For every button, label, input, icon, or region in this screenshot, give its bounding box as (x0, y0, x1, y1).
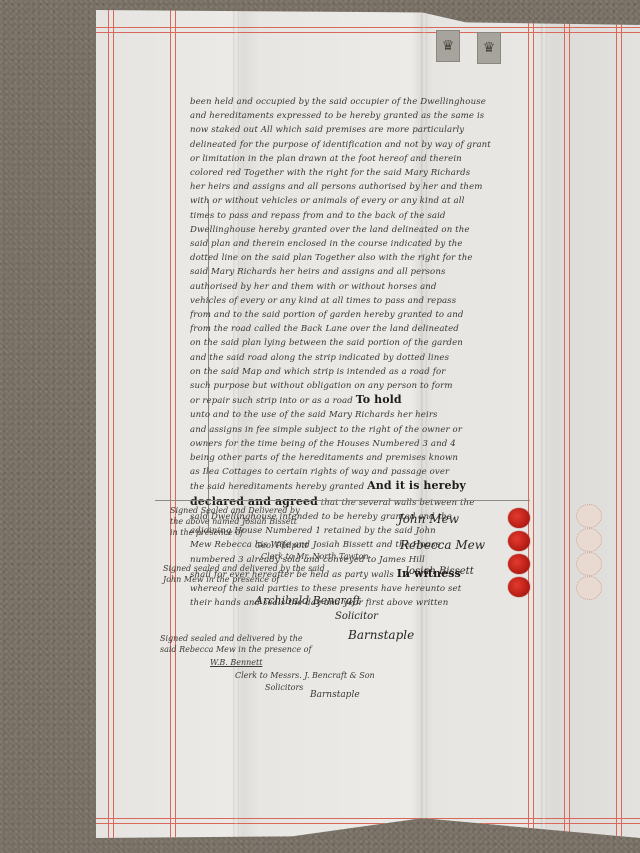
witness-philpott: Geo. Philpott Clerk to Mr. North Tawton (255, 540, 369, 562)
body-line: said plan and therein enclosed in the co… (190, 237, 528, 251)
wax-seal-icon (508, 577, 530, 597)
seal-impression-icon (576, 576, 602, 600)
signature-josiah-bissett: Josiah Bissett (405, 566, 474, 577)
body-line: on the said plan lying between the said … (190, 336, 528, 350)
margin-rule-right (528, 10, 534, 838)
seal-impression-icon (576, 504, 602, 528)
witness-title-solicitor: Solicitor (335, 611, 378, 622)
revenue-stamp-icon: ♛ (436, 30, 460, 62)
body-line: now staked out All which said premises a… (190, 123, 528, 137)
attestation-clause-bissett: Signed Sealed and Delivered by the above… (170, 505, 300, 538)
body-line: with or without vehicles or animals of e… (190, 194, 528, 208)
body-line: being other parts of the hereditaments a… (190, 451, 528, 465)
body-line: owners for the time being of the Houses … (190, 437, 528, 451)
and-it-is-hereby-heading: And it is hereby (367, 479, 466, 492)
margin-rule-right2 (564, 10, 570, 838)
witness-place-barnstaple: Barnstaple (348, 628, 414, 642)
body-line: from and to the said portion of garden h… (190, 308, 528, 322)
body-line: been held and occupied by the said occup… (190, 95, 528, 109)
body-line: dotted line on the said plan Together al… (190, 251, 528, 265)
to-hold-heading: To hold (356, 393, 402, 406)
attestation-clause-john-mew: Signed sealed and delivered by the said … (163, 563, 325, 585)
attestation-clause-rebecca-mew: Signed sealed and delivered by the said … (160, 633, 311, 655)
body-line: delineated for the purpose of identifica… (190, 138, 528, 152)
body-line: and assigns in fee simple subject to the… (190, 423, 528, 437)
body-line: authorised by her and them with or witho… (190, 280, 528, 294)
body-line: the said hereditaments hereby granted An… (190, 479, 528, 494)
revenue-stamp-icon: ♛ (477, 32, 501, 64)
header-rule (96, 27, 640, 33)
margin-rule-inner (170, 10, 176, 838)
body-line: said Mary Richards her heirs and assigns… (190, 265, 528, 279)
witness-bennett-place: Barnstaple (310, 690, 360, 701)
seal-impression-icon (576, 552, 602, 576)
body-line: as Ilea Cottages to certain rights of wa… (190, 465, 528, 479)
wax-seal-icon (508, 508, 530, 528)
witness-bennett: W.B. Bennett (210, 657, 262, 668)
body-line: times to pass and repass from and to the… (190, 209, 528, 223)
body-line: Dwellinghouse hereby granted over the la… (190, 223, 528, 237)
body-line: colored red Together with the right for … (190, 166, 528, 180)
margin-rule-right3 (616, 10, 622, 838)
witness-bennett-firm: Solicitors (265, 682, 303, 693)
body-line: such purpose but without obligation on a… (190, 379, 528, 393)
body-line: and hereditaments expressed to be hereby… (190, 109, 528, 123)
body-line: on the said Map and which strip is inten… (190, 365, 528, 379)
footer-rule (96, 818, 640, 824)
fold-crease (541, 10, 547, 838)
signature-john-mew: John Mew (398, 512, 459, 526)
wax-seal-icon (508, 531, 530, 551)
wax-seal-icon (508, 554, 530, 574)
body-line: or limitation in the plan drawn at the f… (190, 152, 528, 166)
body-line: from the road called the Back Lane over … (190, 322, 528, 336)
signature-rebecca-mew: Rebecca Mew (400, 538, 485, 552)
attestation-divider (155, 500, 530, 501)
margin-rule-outer (108, 10, 114, 838)
body-line: or repair such strip into or as a road T… (190, 393, 528, 408)
body-line: vehicles of every or any kind at all tim… (190, 294, 528, 308)
seal-impression-icon (576, 528, 602, 552)
body-line: her heirs and assigns and all persons au… (190, 180, 528, 194)
witness-signature-bencraft: Archibald Bencraft (255, 594, 361, 607)
body-line: and the said road along the strip indica… (190, 351, 528, 365)
body-line: unto and to the use of the said Mary Ric… (190, 408, 528, 422)
witness-bennett-title: Clerk to Messrs. J. Bencraft & Son (235, 670, 375, 681)
